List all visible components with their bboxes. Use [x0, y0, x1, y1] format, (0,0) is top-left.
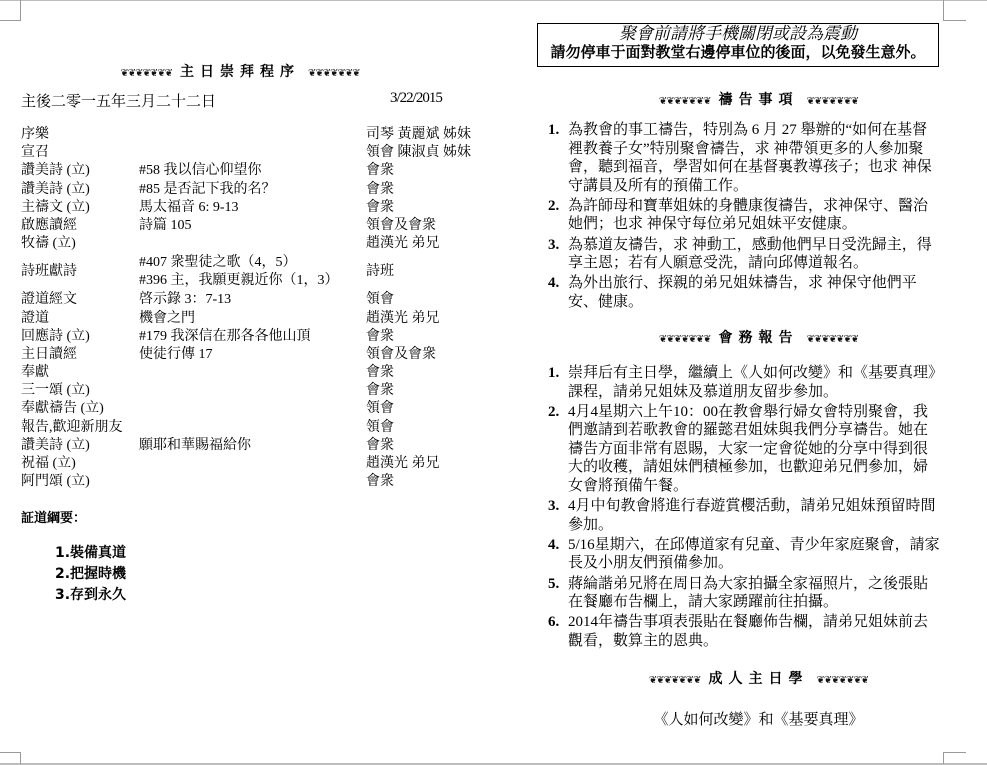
list-text: 4月4星期六上午10：00在教會舉行婦女會特別聚會，我們邀請到若歌教會的羅懿君姐…: [568, 403, 940, 496]
service-part: 阿門頌 (立): [21, 473, 139, 491]
outline-point: 2.把握時機: [55, 564, 126, 585]
service-content: [139, 382, 366, 400]
service-part: 回應詩 (立): [21, 328, 139, 346]
service-leader: 領會: [366, 419, 481, 437]
service-content-line: #396 主，我願更親近你（1，3）: [139, 272, 366, 290]
page-top-edge: [0, 0, 987, 1]
list-number: 3.: [548, 497, 568, 534]
service-item-row: 報告,歡迎新朋友領會: [21, 419, 481, 437]
service-part: 序樂: [21, 126, 139, 144]
service-part: 證道: [21, 310, 139, 328]
ornament-icon: ❦❦❦❦❦❦❦: [308, 68, 360, 79]
service-part: 奉獻禱告 (立): [21, 400, 139, 418]
date-chinese: 主後二零一五年三月二十二日: [21, 90, 216, 111]
service-item-row: 證道機會之門趙漢光 弟兄: [21, 310, 481, 328]
date: 3/22/2015: [390, 90, 442, 107]
service-part: 詩班獻詩: [21, 263, 139, 281]
service-content: [139, 235, 366, 253]
service-content: [139, 126, 366, 144]
crop-mark-top-right: [943, 0, 966, 21]
sunday-school-courses: 《人如何改變》和《基要真理》: [530, 708, 987, 729]
service-content: [139, 364, 366, 382]
list-text: 為許師母和寶華姐妹的身體康復禱告，求神保守、醫治她們；也求 神保守每位弟兄姐妹平…: [568, 197, 940, 234]
service-item-row: 讚美詩 (立)#85 是否記下我的名？會衆: [21, 181, 481, 199]
service-content-line: #407 衆聖徒之歌（4，5）: [139, 254, 366, 272]
list-text: 4月中旬教會將進行春遊賞櫻活動，請弟兄姐妹預留時間參加。: [568, 497, 940, 534]
list-text: 2014年禱告事項表張貼在餐廳佈告欄，請弟兄姐妹前去觀看，數算主的恩典。: [568, 613, 940, 650]
service-leader: 司琴 黃麗斌 姊妹: [366, 126, 481, 144]
service-item-row: 主禱文 (立)馬太福音 6: 9-13會衆: [21, 199, 481, 217]
service-content: 願耶和華賜福給你: [139, 437, 366, 455]
service-leader: 領會: [366, 291, 481, 309]
list-number: 1.: [548, 364, 568, 401]
service-part: 證道經文: [21, 291, 139, 309]
service-item-row: 讚美詩 (立)願耶和華賜福給你會衆: [21, 437, 481, 455]
service-content: [139, 473, 366, 491]
service-part: 主日讀經: [21, 346, 139, 364]
crop-mark-bottom-left: [0, 752, 21, 764]
service-content: 詩篇 105: [139, 217, 366, 235]
service-leader: 領會及會衆: [366, 346, 481, 364]
service-leader: 領會及會衆: [366, 217, 481, 235]
service-item-row: 祝福 (立)趙漢光 弟兄: [21, 455, 481, 473]
service-leader: 會衆: [366, 328, 481, 346]
service-part: 讚美詩 (立): [21, 437, 139, 455]
prayer-item: 3.為慕道友禱告，求 神動工，感動他們早日受洗歸主，得享主恩；若有人願意受洗，請…: [548, 236, 940, 273]
list-number: 1.: [548, 121, 568, 195]
list-number: 2.: [548, 403, 568, 496]
notice-box: 聚會前請將手機關閉或設為震動 請勿停車于面對教堂右邊停車位的後面，以免發生意外。: [537, 23, 939, 67]
list-number: 5.: [548, 575, 568, 612]
service-item-row: 序樂司琴 黃麗斌 姊妹: [21, 126, 481, 144]
service-content: [139, 144, 366, 162]
order-of-service: 序樂司琴 黃麗斌 姊妹宣召領會 陳淑貞 姊妹讚美詩 (立)#58 我以信心仰望你…: [21, 126, 481, 491]
list-text: 5/16星期六，在邱傳道家有兒童、青少年家庭聚會，請家長及小朋友們預備參加。: [568, 536, 940, 573]
ornament-icon: ❦❦❦❦❦❦❦: [120, 68, 172, 79]
service-leader: 趙漢光 弟兄: [366, 235, 481, 253]
service-item-row: 宣召領會 陳淑貞 姊妹: [21, 144, 481, 162]
service-part: 宣召: [21, 144, 139, 162]
service-leader: 趙漢光 弟兄: [366, 310, 481, 328]
prayer-title-text: 禱告事項: [719, 92, 799, 108]
announcement-item: 6.2014年禱告事項表張貼在餐廳佈告欄，請弟兄姐妹前去觀看，數算主的恩典。: [548, 613, 940, 650]
service-content: 馬太福音 6: 9-13: [139, 199, 366, 217]
announcement-item: 1.崇拜后有主日學，繼續上《人如何改變》和《基要真理》課程，請弟兄姐妹及慕道朋友…: [548, 364, 940, 401]
sermon-outline: 1.裝備真道 2.把握時機 3.存到永久: [55, 543, 126, 606]
announcements-list: 1.崇拜后有主日學，繼續上《人如何改變》和《基要真理》課程，請弟兄姐妹及慕道朋友…: [548, 364, 940, 652]
service-part: 讚美詩 (立): [21, 181, 139, 199]
ornament-icon: ❦❦❦❦❦❦❦: [817, 675, 869, 686]
service-part: 三一頌 (立): [21, 382, 139, 400]
service-leader: 會衆: [366, 437, 481, 455]
service-leader: 會衆: [366, 199, 481, 217]
prayer-section-title: ❦❦❦❦❦❦❦禱告事項❦❦❦❦❦❦❦: [530, 89, 987, 109]
outline-point: 1.裝備真道: [55, 543, 126, 564]
list-number: 6.: [548, 613, 568, 650]
service-content: 使徒行傳 17: [139, 346, 366, 364]
service-part: 讚美詩 (立): [21, 162, 139, 180]
prayer-item: 1.為教會的事工禱告，特別為 6 月 27 舉辦的“如何在基督裡教養子女”特別聚…: [548, 121, 940, 195]
parking-notice: 請勿停車于面對教堂右邊停車位的後面，以免發生意外。: [538, 44, 938, 63]
announcements-title-text: 會務報告: [719, 330, 799, 346]
service-item-row: 奉獻禱告 (立)領會: [21, 400, 481, 418]
prayer-item: 4.為外出旅行、探親的弟兄姐妹禱告，求 神保守他們平安、健康。: [548, 274, 940, 311]
list-text: 為外出旅行、探親的弟兄姐妹禱告，求 神保守他們平安、健康。: [568, 274, 940, 311]
service-content: 機會之門: [139, 310, 366, 328]
outline-point: 3.存到永久: [55, 585, 126, 606]
sunday-school-title: ❦❦❦❦❦❦❦成人主日學❦❦❦❦❦❦❦: [530, 668, 987, 688]
service-leader: 會衆: [366, 181, 481, 199]
list-number: 4.: [548, 536, 568, 573]
service-part: 牧禱 (立): [21, 235, 139, 253]
list-text: 蔣綸諧弟兄將在周日為大家拍攝全家福照片，之後張貼在餐廳布告欄上，請大家踴躍前往拍…: [568, 575, 940, 612]
service-content: #407 衆聖徒之歌（4，5）#396 主，我願更親近你（1，3）: [139, 254, 366, 290]
prayer-list: 1.為教會的事工禱告，特別為 6 月 27 舉辦的“如何在基督裡教養子女”特別聚…: [548, 121, 940, 313]
service-item-row: 啟應讀經詩篇 105領會及會衆: [21, 217, 481, 235]
service-leader: 領會 陳淑貞 姊妹: [366, 144, 481, 162]
service-content: [139, 419, 366, 437]
announcement-item: 4.5/16星期六，在邱傳道家有兒童、青少年家庭聚會，請家長及小朋友們預備參加。: [548, 536, 940, 573]
worship-program-title: ❦❦❦❦❦❦❦主日崇拜程序❦❦❦❦❦❦❦: [95, 61, 385, 81]
announcement-item: 3.4月中旬教會將進行春遊賞櫻活動，請弟兄姐妹預留時間參加。: [548, 497, 940, 534]
service-part: 啟應讀經: [21, 217, 139, 235]
ornament-icon: ❦❦❦❦❦❦❦: [807, 96, 859, 107]
ornament-icon: ❦❦❦❦❦❦❦: [649, 675, 701, 686]
ornament-icon: ❦❦❦❦❦❦❦: [659, 96, 711, 107]
list-text: 為慕道友禱告，求 神動工，感動他們早日受洗歸主，得享主恩；若有人願意受洗，請向邱…: [568, 236, 940, 273]
service-leader: 會衆: [366, 473, 481, 491]
service-item-row: 詩班獻詩#407 衆聖徒之歌（4，5）#396 主，我願更親近你（1，3）詩班: [21, 253, 481, 291]
service-part: 祝福 (立): [21, 455, 139, 473]
service-part: 報告,歡迎新朋友: [21, 419, 139, 437]
service-item-row: 奉獻會衆: [21, 364, 481, 382]
announcement-item: 5.蔣綸諧弟兄將在周日為大家拍攝全家福照片，之後張貼在餐廳布告欄上，請大家踴躍前…: [548, 575, 940, 612]
list-text: 崇拜后有主日學，繼續上《人如何改變》和《基要真理》課程，請弟兄姐妹及慕道朋友留步…: [568, 364, 940, 401]
sermon-outline-title: 証道綱要：: [21, 507, 86, 526]
service-content: 啓示錄 3：7-13: [139, 291, 366, 309]
service-item-row: 阿門頌 (立)會衆: [21, 473, 481, 491]
ornament-icon: ❦❦❦❦❦❦❦: [807, 334, 859, 345]
service-item-row: 牧禱 (立)趙漢光 弟兄: [21, 235, 481, 253]
sunday-school-title-text: 成人主日學: [709, 671, 809, 687]
prayer-item: 2.為許師母和寶華姐妹的身體康復禱告，求神保守、醫治她們；也求 神保守每位弟兄姐…: [548, 197, 940, 234]
service-part: 奉獻: [21, 364, 139, 382]
service-leader: 領會: [366, 400, 481, 418]
service-content: [139, 455, 366, 473]
list-number: 4.: [548, 274, 568, 311]
service-item-row: 讚美詩 (立)#58 我以信心仰望你會衆: [21, 162, 481, 180]
list-text: 為教會的事工禱告，特別為 6 月 27 舉辦的“如何在基督裡教養子女”特別聚會禱…: [568, 121, 940, 195]
announcement-item: 2.4月4星期六上午10：00在教會舉行婦女會特別聚會，我們邀請到若歌教會的羅懿…: [548, 403, 940, 496]
list-number: 2.: [548, 197, 568, 234]
service-content: #179 我深信在那各各他山頂: [139, 328, 366, 346]
announcements-section-title: ❦❦❦❦❦❦❦會務報告❦❦❦❦❦❦❦: [530, 327, 987, 347]
service-leader: 詩班: [366, 263, 481, 281]
service-item-row: 主日讀經使徒行傳 17領會及會衆: [21, 346, 481, 364]
phone-notice: 聚會前請將手機關閉或設為震動: [538, 24, 938, 44]
crop-mark-bottom-right: [943, 752, 966, 764]
service-leader: 會衆: [366, 162, 481, 180]
service-content: #85 是否記下我的名？: [139, 181, 366, 199]
list-number: 3.: [548, 236, 568, 273]
service-item-row: 三一頌 (立)會衆: [21, 382, 481, 400]
program-title-text: 主日崇拜程序: [180, 64, 300, 80]
service-leader: 趙漢光 弟兄: [366, 455, 481, 473]
service-leader: 會衆: [366, 364, 481, 382]
service-content: #58 我以信心仰望你: [139, 162, 366, 180]
ornament-icon: ❦❦❦❦❦❦❦: [659, 334, 711, 345]
crop-mark-top-left: [0, 0, 21, 21]
service-leader: 會衆: [366, 382, 481, 400]
service-item-row: 回應詩 (立)#179 我深信在那各各他山頂會衆: [21, 328, 481, 346]
service-part: 主禱文 (立): [21, 199, 139, 217]
service-item-row: 證道經文啓示錄 3：7-13領會: [21, 291, 481, 309]
service-content: [139, 400, 366, 418]
